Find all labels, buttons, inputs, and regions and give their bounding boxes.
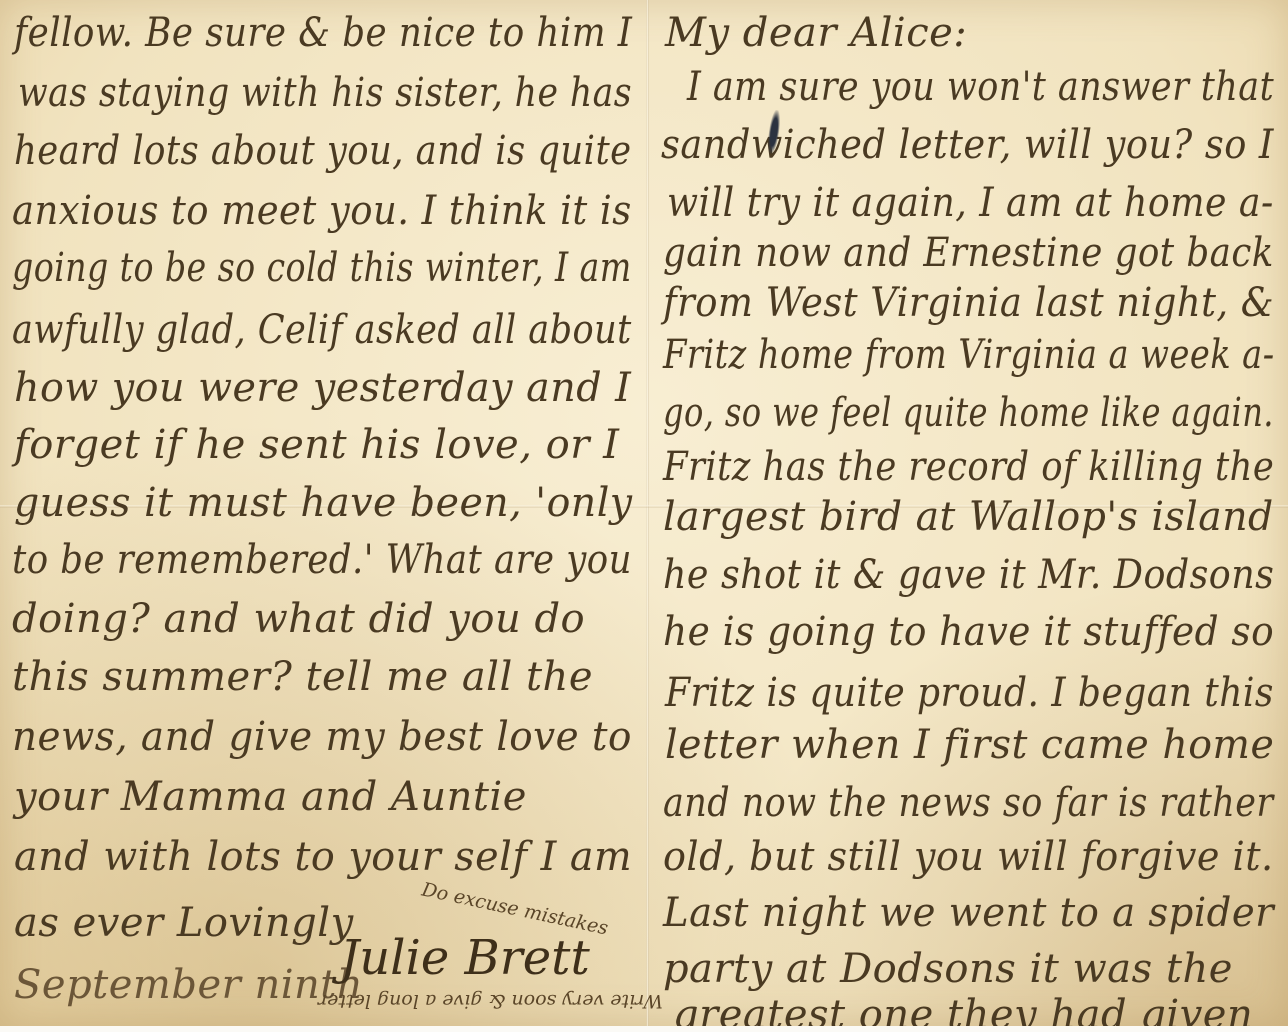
left-page: fellow. Be sure & be nice to him I was s… (0, 0, 646, 1026)
left-line-9: guess it must have been, 'only (14, 478, 633, 528)
letter-sheet: fellow. Be sure & be nice to him I was s… (0, 0, 1288, 1026)
left-line-3: heard lots about you, and is quite (14, 126, 632, 176)
right-line-8: Fritz has the record of killing the (663, 442, 1274, 492)
left-line-15: and with lots to your self I am (14, 832, 632, 882)
right-line-16: Last night we went to a spider (663, 888, 1274, 938)
right-line-10: he shot it & gave it Mr. Dodsons (663, 550, 1274, 600)
right-line-9: largest bird at Wallop's island (663, 492, 1274, 542)
right-line-13: letter when I first came home (665, 720, 1274, 770)
left-line-closing: as ever Lovingly (14, 898, 354, 948)
right-line-11: he is going to have it stuffed so (663, 607, 1274, 657)
left-line-6: awfully glad, Celif asked all about (12, 305, 632, 355)
scan-bottom-margin (0, 1026, 1288, 1032)
right-line-5: from West Virginia last night, & (663, 278, 1274, 328)
right-line-7: go, so we feel quite home like again. (663, 388, 1274, 438)
left-line-date: September ninth (14, 960, 363, 1010)
right-line-4: gain now and Ernestine got back (663, 228, 1274, 278)
right-line-15: old, but still you will forgive it. (663, 832, 1274, 882)
margin-note-write-soon: Write very soon & give a long letter (318, 990, 663, 1012)
left-line-1: fellow. Be sure & be nice to him I (14, 8, 632, 58)
right-line-14: and now the news so far is rather (663, 778, 1274, 828)
left-line-8: forget if he sent his love, or I (14, 420, 619, 470)
right-line-6: Fritz home from Virginia a week a- (663, 330, 1275, 380)
left-line-2: was staying with his sister, he has (18, 68, 632, 118)
right-line-2: sandwiched letter, will you? so I (661, 120, 1274, 170)
salutation: My dear Alice: (665, 8, 967, 58)
right-line-17: party at Dodsons it was the (663, 944, 1233, 994)
signature: Julie Brett (340, 930, 590, 986)
right-page: My dear Alice: I am sure you won't answe… (649, 0, 1288, 1026)
right-line-3: will try it again, I am at home a- (667, 178, 1274, 228)
right-line-12: Fritz is quite proud. I began this (665, 668, 1274, 718)
left-line-13: news, and give my best love to (12, 712, 632, 762)
left-line-14: your Mamma and Auntie (14, 772, 527, 822)
left-line-11: doing? and what did you do (12, 594, 585, 644)
left-line-10: to be remembered.' What are you (12, 535, 632, 585)
left-line-12: this summer? tell me all the (12, 652, 593, 702)
left-line-7: how you were yesterday and I (14, 363, 631, 413)
right-line-1: I am sure you won't answer that (687, 62, 1274, 112)
left-line-4: anxious to meet you. I think it is (12, 186, 632, 236)
left-line-5: going to be so cold this winter, I am (12, 243, 632, 293)
